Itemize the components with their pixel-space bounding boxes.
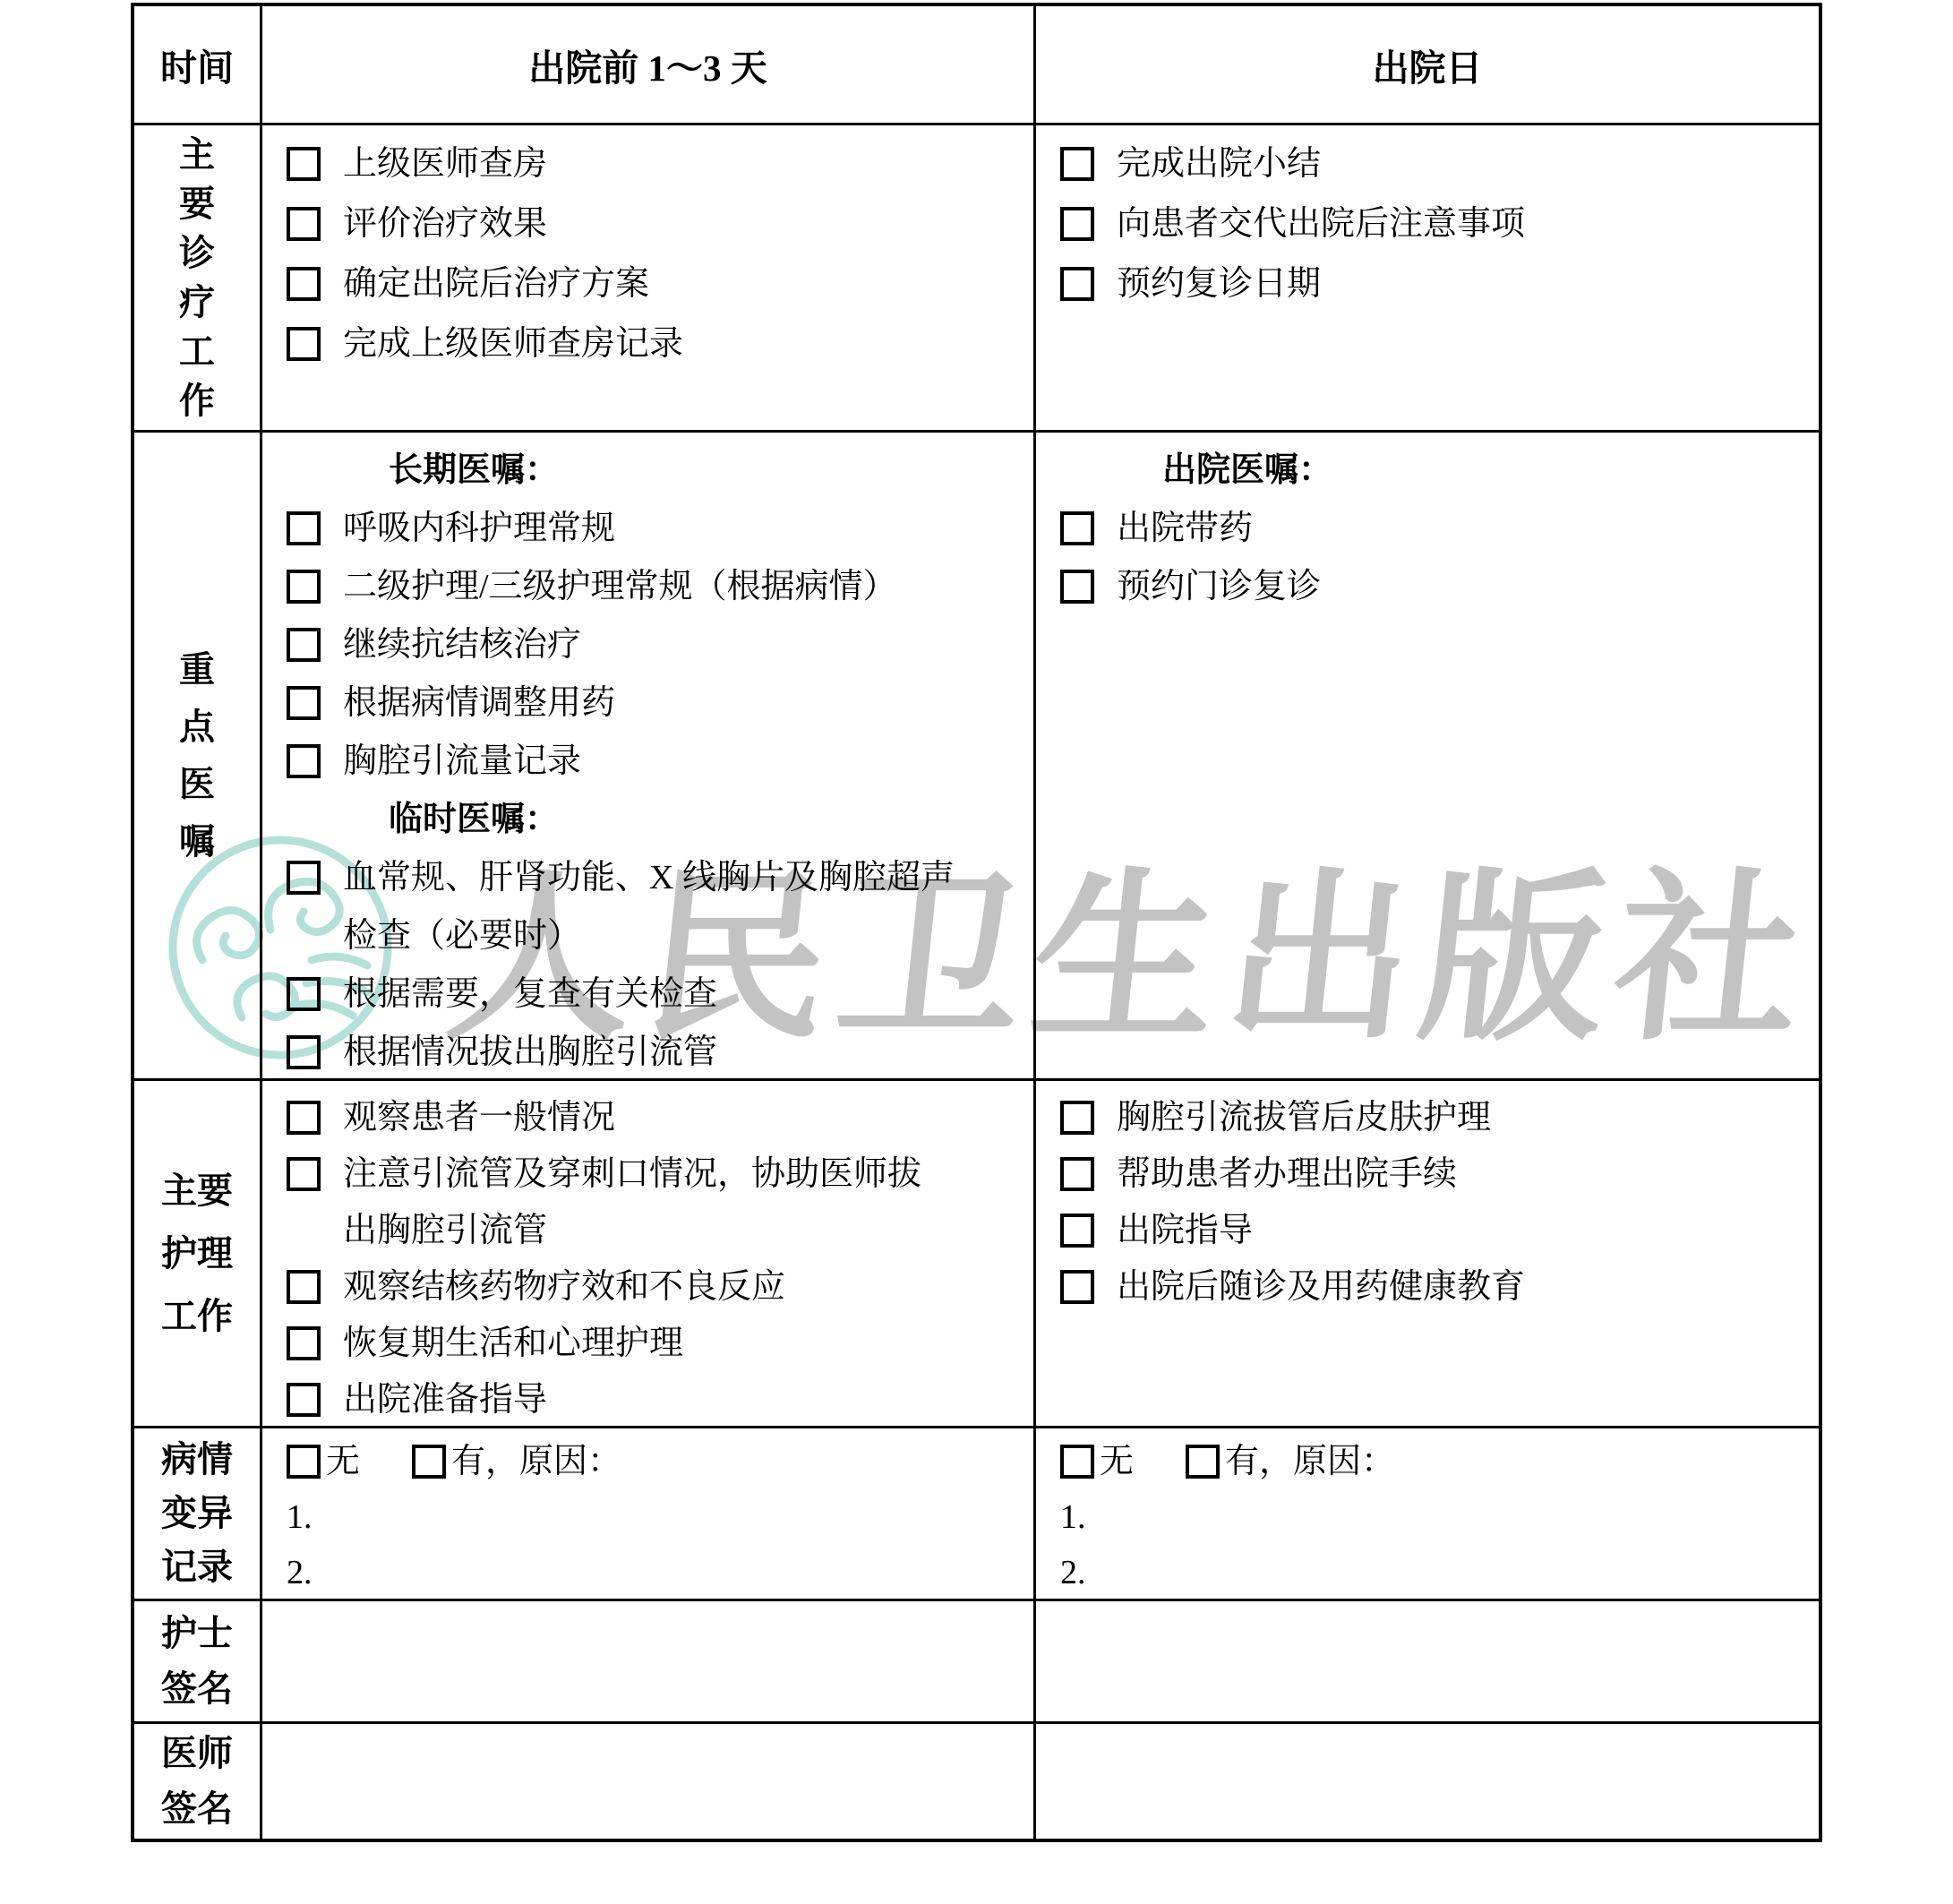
row-label-text: 医师签名 — [158, 1726, 236, 1837]
checkbox[interactable] — [1060, 1157, 1094, 1191]
cell-nurse-signature-pre-discharge — [262, 1601, 1036, 1724]
header-discharge-day: 出院日 — [1036, 6, 1819, 125]
checklist-item: 观察结核药物疗效和不良反应 — [287, 1259, 1019, 1316]
checkbox[interactable] — [1060, 1101, 1094, 1135]
cell-nurse-signature-discharge-day — [1036, 1601, 1819, 1724]
item-text: 恢复期生活和心理护理 — [343, 1316, 683, 1372]
row-label-text: 重点医嘱 — [176, 641, 218, 871]
checkbox-yes[interactable] — [412, 1445, 446, 1479]
checkbox[interactable] — [287, 686, 321, 720]
item-text: 帮助患者办理出院手续 — [1117, 1146, 1457, 1203]
checkbox[interactable] — [287, 327, 321, 361]
item-text: 出院指导 — [1117, 1203, 1253, 1259]
reason-line-2: 2. — [287, 1545, 1019, 1600]
item-text: 注意引流管及穿刺口情况，协助医师拔 出胸腔引流管 — [343, 1146, 921, 1259]
variation-options: 无 有，原因： — [1060, 1434, 1804, 1489]
checklist-item: 出院后随诊及用药健康教育 — [1060, 1259, 1804, 1316]
variation-options: 无 有，原因： — [287, 1434, 1019, 1489]
checkbox[interactable] — [287, 1383, 321, 1417]
checkbox[interactable] — [287, 628, 321, 662]
item-text: 二级护理/三级护理常规（根据病情） — [343, 558, 897, 616]
cell-nursing-discharge-day: 胸腔引流拔管后皮肤护理 帮助患者办理出院手续 出院指导 出院后随诊及用药健康教育 — [1036, 1081, 1819, 1428]
checklist-item: 预约复诊日期 — [1060, 254, 1804, 314]
reason-line-2: 2. — [1060, 1545, 1804, 1600]
checklist-item: 向患者交代出院后注意事项 — [1060, 194, 1804, 254]
checklist-item: 出院准备指导 — [287, 1372, 1019, 1428]
checkbox[interactable] — [287, 744, 321, 778]
longterm-orders-header: 长期医嘱： — [287, 442, 1019, 500]
checkbox[interactable] — [1060, 267, 1094, 301]
checkbox[interactable] — [287, 1157, 321, 1191]
item-text: 呼吸内科护理常规 — [343, 500, 615, 558]
checklist-item: 根据情况拔出胸腔引流管 — [287, 1024, 1019, 1081]
checklist-item: 呼吸内科护理常规 — [287, 500, 1019, 558]
checkbox[interactable] — [287, 1326, 321, 1360]
checkbox[interactable] — [1060, 1214, 1094, 1248]
item-text: 预约复诊日期 — [1117, 254, 1321, 314]
row-label-text: 护士签名 — [158, 1606, 236, 1717]
page: 人民卫生出版社 时间 出院前 1～3 天 出院日 主要诊疗工作 上级医师查房 评… — [0, 0, 1953, 1904]
option-none-label: 无 — [1100, 1434, 1134, 1489]
cell-diagnosis-discharge-day: 完成出院小结 向患者交代出院后注意事项 预约复诊日期 — [1036, 125, 1819, 433]
checklist-item: 继续抗结核治疗 — [287, 616, 1019, 674]
checkbox[interactable] — [287, 977, 321, 1011]
checkbox-none[interactable] — [287, 1445, 321, 1479]
checkbox[interactable] — [287, 861, 321, 895]
header-time: 时间 — [134, 6, 262, 125]
checklist-item: 出院带药 — [1060, 500, 1804, 558]
checklist-item: 恢复期生活和心理护理 — [287, 1316, 1019, 1372]
checkbox[interactable] — [1060, 207, 1094, 241]
checkbox[interactable] — [1060, 1270, 1094, 1304]
item-text: 上级医师查房 — [343, 134, 547, 194]
row-label-main-nursing-work: 主要护理工作 — [134, 1081, 262, 1428]
clinical-pathway-table: 时间 出院前 1～3 天 出院日 主要诊疗工作 上级医师查房 评价治疗效果 确定… — [131, 3, 1822, 1842]
row-label-key-orders: 重点医嘱 — [134, 433, 262, 1081]
discharge-orders-header: 出院医嘱： — [1060, 442, 1804, 500]
item-text: 出院准备指导 — [343, 1372, 547, 1428]
item-text: 根据病情调整用药 — [343, 674, 615, 733]
checklist-item: 根据需要，复查有关检查 — [287, 965, 1019, 1024]
row-label-nurse-signature: 护士签名 — [134, 1601, 262, 1724]
checkbox-yes[interactable] — [1186, 1445, 1220, 1479]
row-label-text: 主要护理工作 — [158, 1160, 236, 1348]
cell-orders-pre-discharge: 长期医嘱： 呼吸内科护理常规 二级护理/三级护理常规（根据病情） 继续抗结核治疗… — [262, 433, 1036, 1081]
item-text: 完成上级医师查房记录 — [343, 314, 683, 374]
checkbox[interactable] — [287, 1101, 321, 1135]
checkbox[interactable] — [287, 511, 321, 545]
checkbox[interactable] — [287, 267, 321, 301]
item-text: 向患者交代出院后注意事项 — [1117, 194, 1525, 254]
item-text: 根据需要，复查有关检查 — [343, 965, 717, 1024]
checkbox[interactable] — [287, 147, 321, 181]
checklist-item: 完成上级医师查房记录 — [287, 314, 1019, 374]
checkbox[interactable] — [1060, 147, 1094, 181]
cell-doctor-signature-discharge-day — [1036, 1724, 1819, 1839]
checkbox[interactable] — [1060, 511, 1094, 545]
item-text: 评价治疗效果 — [343, 194, 547, 254]
option-none-label: 无 — [326, 1434, 360, 1489]
row-label-main-diagnosis-work: 主要诊疗工作 — [134, 125, 262, 433]
option-yes-label: 有，原因： — [1225, 1434, 1395, 1489]
item-text: 继续抗结核治疗 — [343, 616, 581, 674]
checklist-item: 胸腔引流量记录 — [287, 733, 1019, 791]
item-text: 出院后随诊及用药健康教育 — [1117, 1259, 1525, 1316]
cell-doctor-signature-pre-discharge — [262, 1724, 1036, 1839]
checklist-item: 注意引流管及穿刺口情况，协助医师拔 出胸腔引流管 — [287, 1146, 1019, 1259]
checklist-item: 上级医师查房 — [287, 134, 1019, 194]
checkbox[interactable] — [287, 570, 321, 604]
reason-line-1: 1. — [1060, 1489, 1804, 1545]
checklist-item: 确定出院后治疗方案 — [287, 254, 1019, 314]
cell-diagnosis-pre-discharge: 上级医师查房 评价治疗效果 确定出院后治疗方案 完成上级医师查房记录 — [262, 125, 1036, 433]
item-text: 根据情况拔出胸腔引流管 — [343, 1024, 717, 1081]
row-label-variation-record: 病情变异记录 — [134, 1428, 262, 1601]
checklist-item: 二级护理/三级护理常规（根据病情） — [287, 558, 1019, 616]
checklist-item: 帮助患者办理出院手续 — [1060, 1146, 1804, 1203]
item-text: 胸腔引流拔管后皮肤护理 — [1117, 1090, 1491, 1146]
item-text: 血常规、肝肾功能、X 线胸片及胸腔超声 检查（必要时） — [343, 849, 955, 965]
row-label-text: 病情变异记录 — [158, 1433, 236, 1594]
checklist-item: 根据病情调整用药 — [287, 674, 1019, 733]
checkbox[interactable] — [287, 1270, 321, 1304]
checkbox[interactable] — [287, 1035, 321, 1069]
item-text: 确定出院后治疗方案 — [343, 254, 649, 314]
row-label-doctor-signature: 医师签名 — [134, 1724, 262, 1839]
item-text: 观察结核药物疗效和不良反应 — [343, 1259, 785, 1316]
item-text: 预约门诊复诊 — [1117, 558, 1321, 616]
item-text: 出院带药 — [1117, 500, 1253, 558]
item-text: 完成出院小结 — [1117, 134, 1321, 194]
row-label-text: 主要诊疗工作 — [176, 130, 218, 425]
checklist-item: 血常规、肝肾功能、X 线胸片及胸腔超声 检查（必要时） — [287, 849, 1019, 965]
checklist-item: 出院指导 — [1060, 1203, 1804, 1259]
checklist-item: 胸腔引流拔管后皮肤护理 — [1060, 1090, 1804, 1146]
temporary-orders-header: 临时医嘱： — [287, 791, 1019, 849]
cell-orders-discharge-day: 出院医嘱： 出院带药 预约门诊复诊 — [1036, 433, 1819, 1081]
checklist-item: 完成出院小结 — [1060, 134, 1804, 194]
checkbox[interactable] — [1060, 570, 1094, 604]
checkbox[interactable] — [287, 207, 321, 241]
checklist-item: 预约门诊复诊 — [1060, 558, 1804, 616]
option-yes-label: 有，原因： — [451, 1434, 621, 1489]
checklist-item: 评价治疗效果 — [287, 194, 1019, 254]
item-text: 观察患者一般情况 — [343, 1090, 615, 1146]
cell-nursing-pre-discharge: 观察患者一般情况 注意引流管及穿刺口情况，协助医师拔 出胸腔引流管 观察结核药物… — [262, 1081, 1036, 1428]
cell-variation-pre-discharge: 无 有，原因： 1. 2. — [262, 1428, 1036, 1601]
checklist-item: 观察患者一般情况 — [287, 1090, 1019, 1146]
cell-variation-discharge-day: 无 有，原因： 1. 2. — [1036, 1428, 1819, 1601]
item-text: 胸腔引流量记录 — [343, 733, 581, 791]
checkbox-none[interactable] — [1060, 1445, 1094, 1479]
header-pre-discharge-days: 出院前 1～3 天 — [262, 6, 1036, 125]
reason-line-1: 1. — [287, 1489, 1019, 1545]
